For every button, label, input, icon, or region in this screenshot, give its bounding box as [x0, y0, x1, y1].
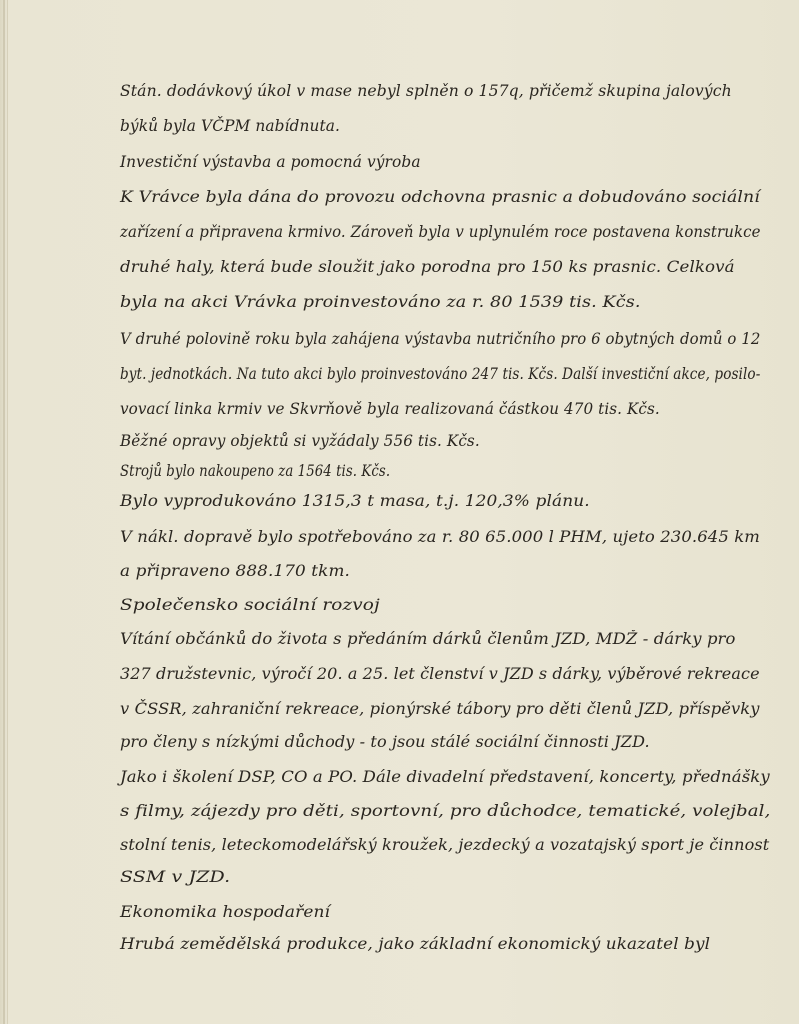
section-heading: Investiční výstavba a pomocná výroba: [120, 152, 421, 171]
text-line: vovací linka krmiv ve Skvrňově byla real…: [120, 400, 660, 418]
section-heading: Ekonomika hospodaření: [120, 902, 330, 921]
text-line: pro členy s nízkými důchody - to jsou st…: [120, 733, 650, 751]
text-line: Hrubá zemědělská produkce, jako základní…: [120, 935, 710, 953]
text-line: a připraveno 888.170 tkm.: [120, 562, 350, 580]
text-line: býků byla VČPM nabídnuta.: [120, 117, 340, 135]
page-edge-line: [7, 0, 8, 1024]
text-line: byla na akci Vrávka proinvestováno za r.…: [120, 293, 641, 311]
text-line: SSM v JZD.: [120, 868, 230, 886]
text-line: v ČSSR, zahraniční rekreace, pionýrské t…: [120, 700, 760, 718]
text-line: Stán. dodávkový úkol v mase nebyl splněn…: [120, 82, 732, 100]
text-line: stolní tenis, leteckomodelářský kroužek,…: [120, 836, 769, 854]
text-line: zařízení a připravena krmivo. Zároveň by…: [120, 223, 761, 241]
scanned-page: Stán. dodávkový úkol v mase nebyl splněn…: [0, 0, 799, 1024]
text-line: Bylo vyprodukováno 1315,3 t masa, t.j. 1…: [120, 492, 590, 510]
text-line: V druhé polovině roku byla zahájena výst…: [120, 330, 760, 348]
text-line: Strojů bylo nakoupeno za 1564 tis. Kčs.: [120, 462, 390, 480]
text-line: Běžné opravy objektů si vyžádaly 556 tis…: [120, 432, 480, 450]
text-line: V nákl. dopravě bylo spotřebováno za r. …: [120, 528, 760, 546]
text-line: byt. jednotkách. Na tuto akci bylo proin…: [120, 365, 760, 383]
text-line: s filmy, zájezdy pro děti, sportovní, pr…: [120, 802, 770, 820]
text-line: Vítání občánků do života s předáním dárk…: [120, 630, 736, 648]
text-line: K Vrávce byla dána do provozu odchovna p…: [120, 188, 760, 206]
text-line: Jako i školení DSP, CO a PO. Dále divade…: [120, 768, 770, 786]
text-line: druhé haly, která bude sloužit jako poro…: [120, 258, 735, 276]
page-edge-line: [3, 0, 5, 1024]
text-line: 327 družstevnic, výročí 20. a 25. let čl…: [120, 665, 760, 683]
section-heading: Společensko sociální rozvoj: [120, 595, 380, 614]
